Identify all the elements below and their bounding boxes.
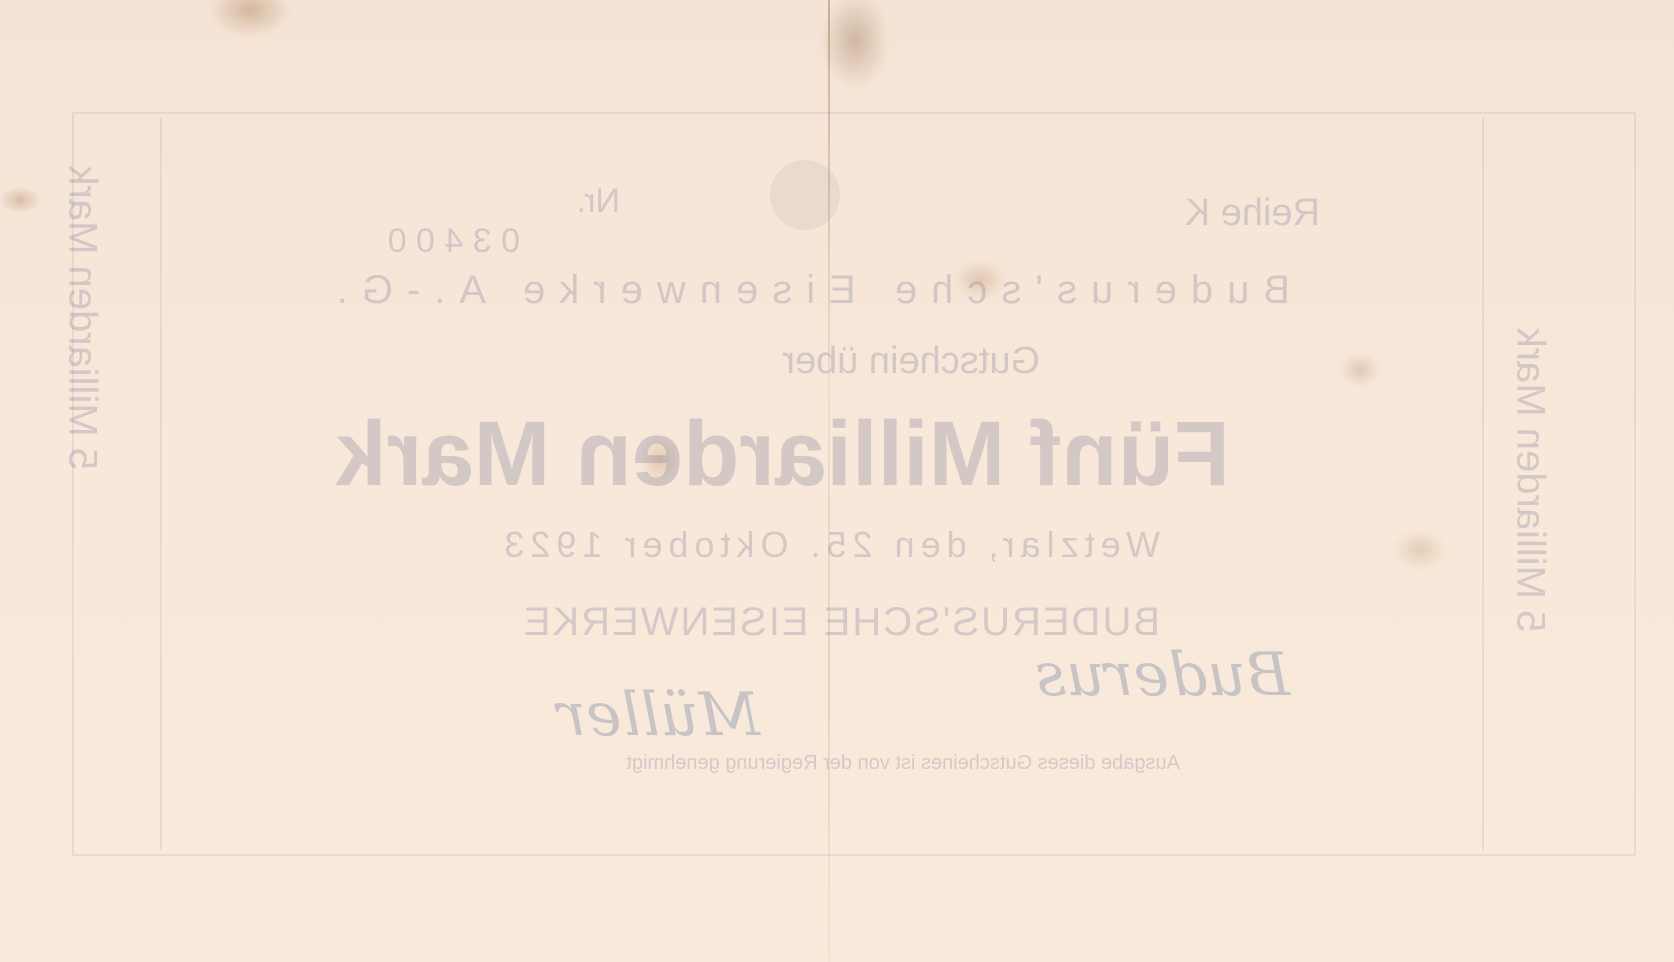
voucher-label: Gutschein über — [782, 340, 1040, 383]
number-label: Nr. — [577, 182, 620, 221]
company-name: Buderus'sche Eisenwerke A.-G. — [323, 268, 1290, 313]
signature-1: Buderus — [1035, 640, 1290, 710]
amount-text: Fünf Milliarden Mark — [335, 402, 1230, 507]
fine-print: Ausgabe dieses Gutscheines ist von der R… — [626, 752, 1180, 775]
signature-2: Müller — [557, 680, 760, 750]
place-date: Wetzlar, den 25. Oktober 1923 — [498, 524, 1160, 566]
serial-number: 0 3 4 0 0 — [388, 222, 520, 261]
issuer-name: BUDERUS'SCHE EISENWERKE — [522, 600, 1160, 645]
mirrored-text-layer: Reihe K Nr. 0 3 4 0 0 Buderus'sche Eisen… — [0, 0, 1674, 962]
banknote-reverse: 5 Milliarden Mark 5 Milliarden Mark Reih… — [0, 0, 1674, 962]
series-label: Reihe K — [1185, 192, 1320, 235]
